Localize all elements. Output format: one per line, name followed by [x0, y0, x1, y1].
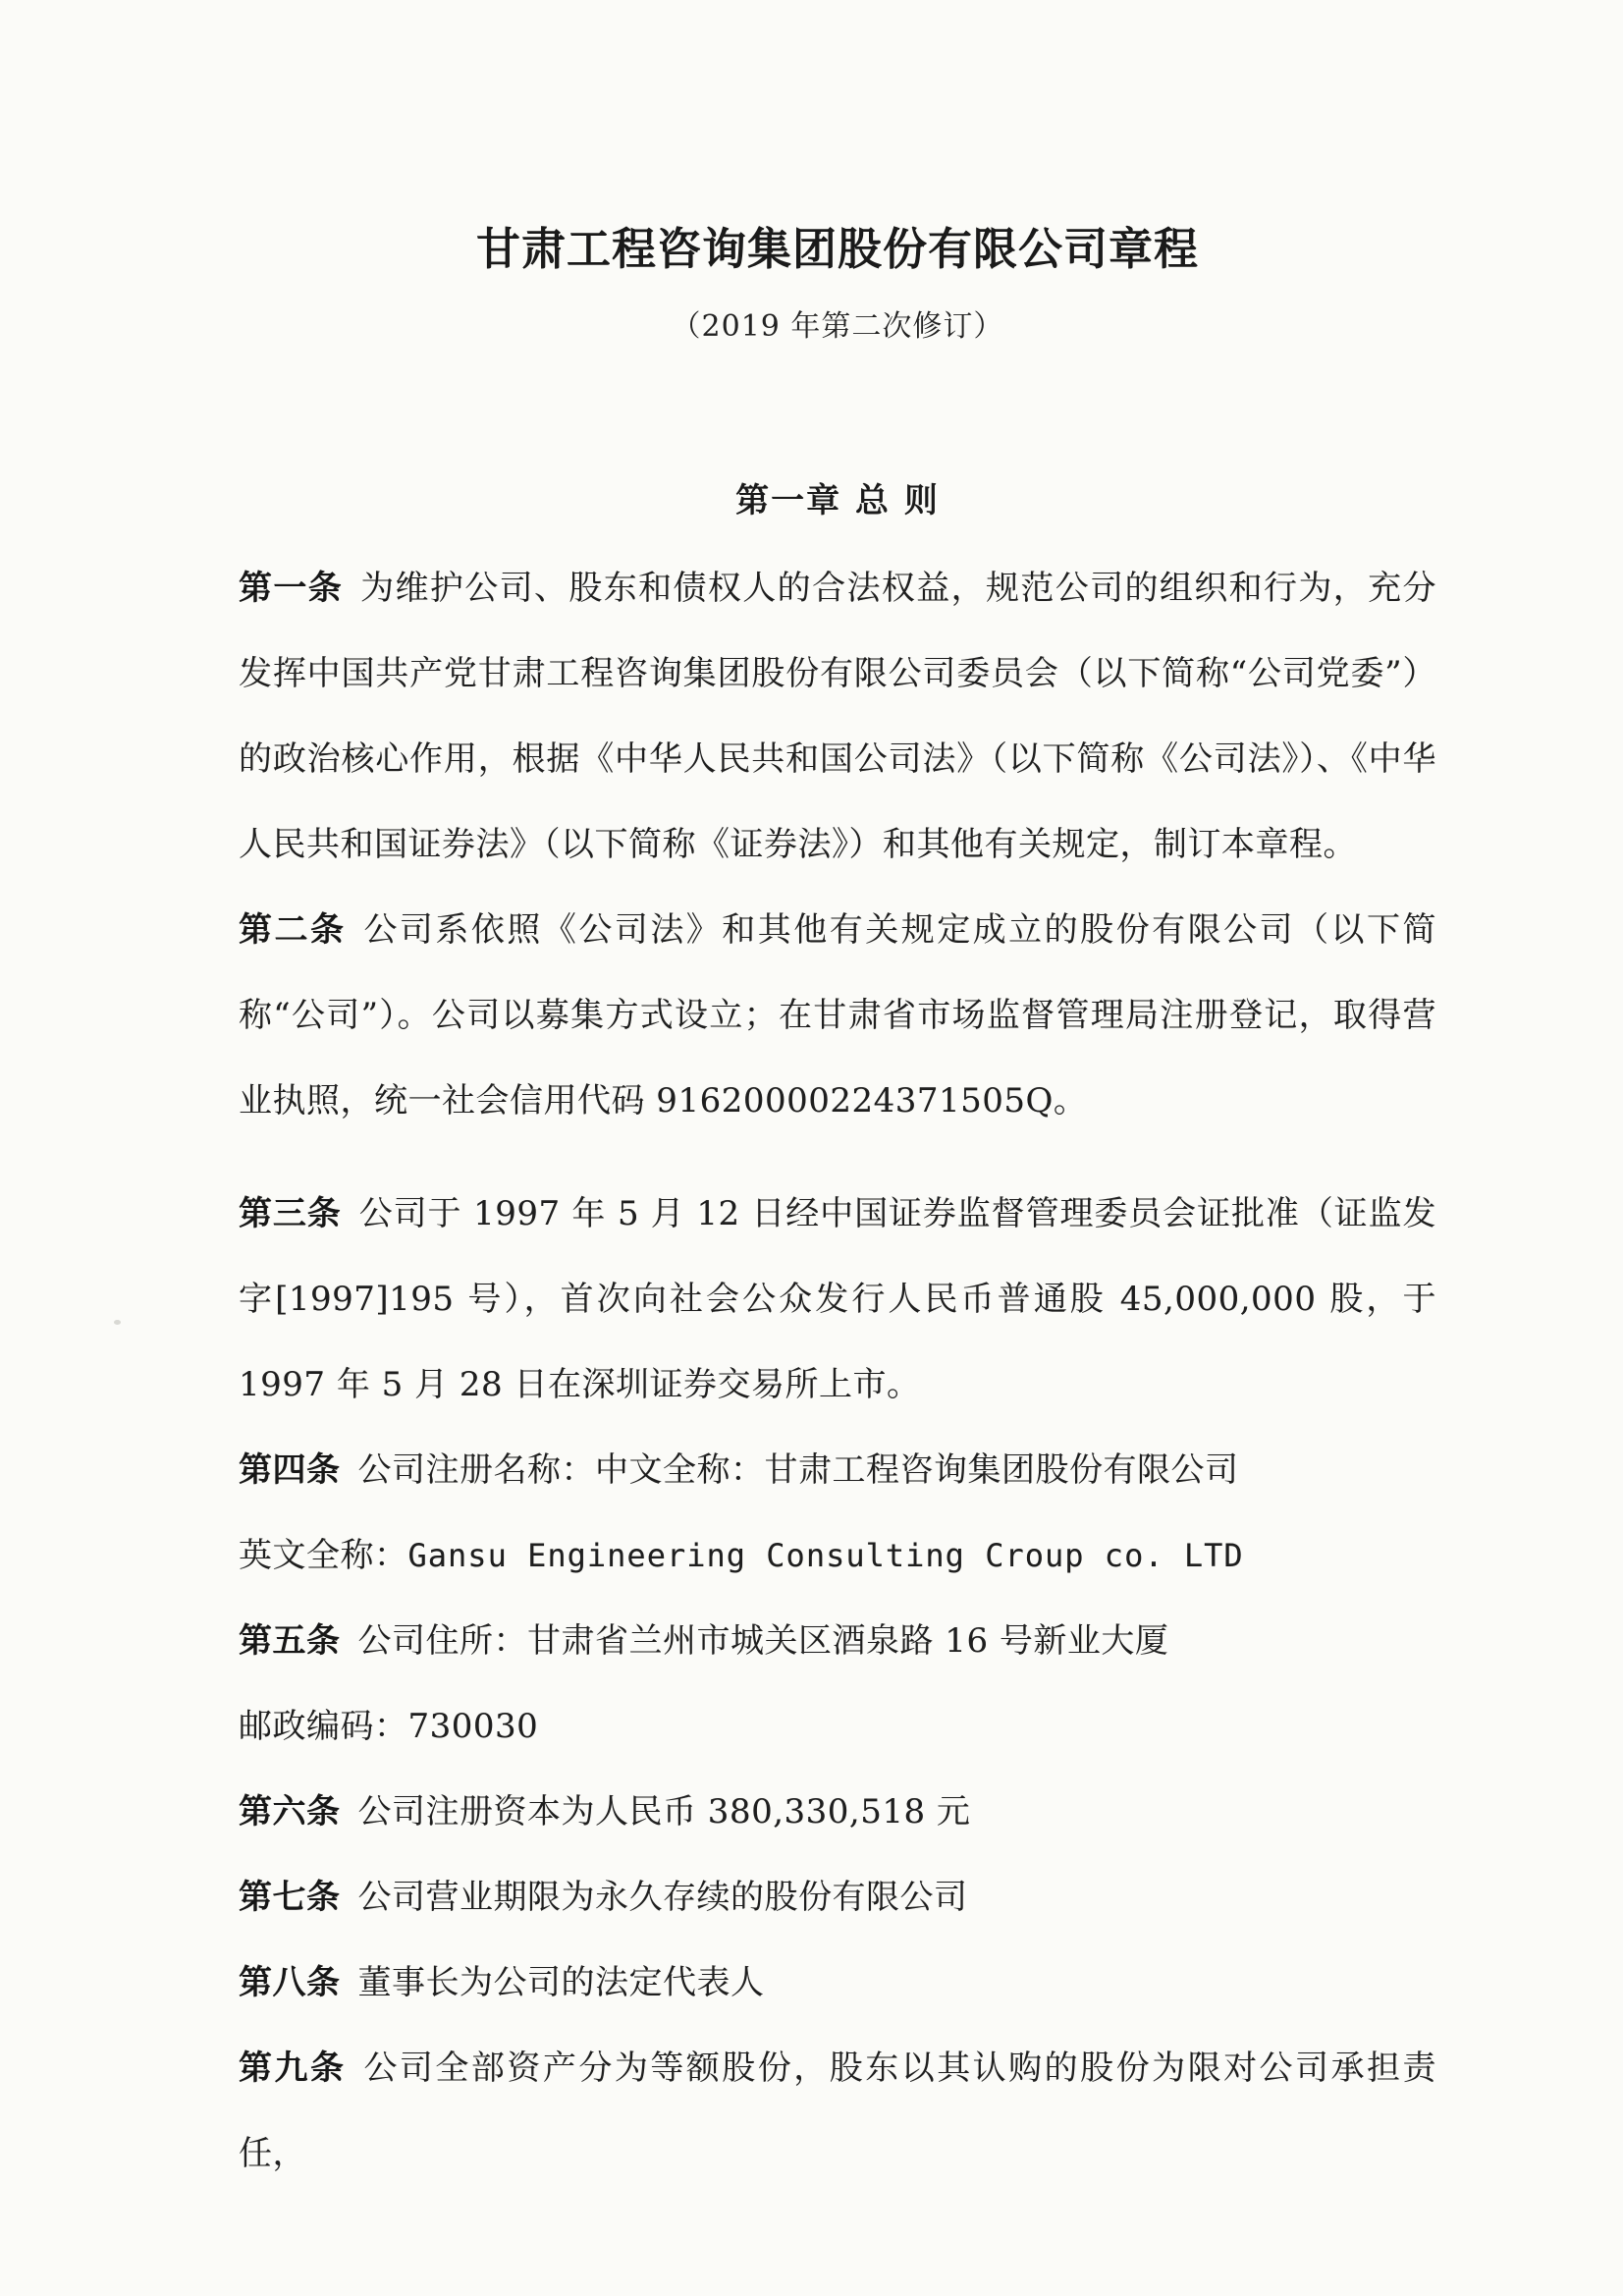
article-2-text: 公司系依照《公司法》和其他有关规定成立的股份有限公司（以下简称“公司”）。公司以… [239, 910, 1436, 1121]
article-2: 第二条公司系依照《公司法》和其他有关规定成立的股份有限公司（以下简称“公司”）。… [239, 888, 1436, 1144]
article-1-label: 第一条 [239, 569, 343, 608]
article-3: 第三条公司于 1997 年 5 月 12 日经中国证券监督管理委员会证批准（证监… [239, 1172, 1436, 1428]
article-1: 第一条为维护公司、股东和债权人的合法权益，规范公司的组织和行为，充分发挥中国共产… [239, 546, 1436, 888]
english-name-prefix: 英文全称： [239, 1536, 408, 1575]
postal-code-line: 邮政编码：730030 [239, 1684, 1436, 1770]
english-name-line: 英文全称：Gansu Engineering Consulting Croup … [239, 1513, 1436, 1599]
article-9-text: 公司全部资产分为等额股份，股东以其认购的股份为限对公司承担责任， [239, 2049, 1436, 2173]
article-2-label: 第二条 [239, 910, 346, 950]
article-3-text: 公司于 1997 年 5 月 12 日经中国证券监督管理委员会证批准（证监发字[… [239, 1194, 1436, 1404]
article-4-label: 第四条 [239, 1450, 341, 1490]
document-content: 甘肃工程咨询集团股份有限公司章程 （2019 年第二次修订） 第一章 总 则 第… [0, 0, 1623, 2197]
article-9: 第九条公司全部资产分为等额股份，股东以其认购的股份为限对公司承担责任， [239, 2026, 1436, 2197]
article-6-text: 公司注册资本为人民币 380,330,518 元 [358, 1792, 971, 1831]
scanned-document-page: 甘肃工程咨询集团股份有限公司章程 （2019 年第二次修订） 第一章 总 则 第… [0, 0, 1623, 2296]
article-8-label: 第八条 [239, 1963, 341, 2002]
article-6: 第六条公司注册资本为人民币 380,330,518 元 [239, 1770, 1436, 1855]
article-8-text: 董事长为公司的法定代表人 [358, 1963, 765, 2002]
document-subtitle: （2019 年第二次修订） [239, 310, 1436, 343]
article-8: 第八条董事长为公司的法定代表人 [239, 1941, 1436, 2026]
article-1-text: 为维护公司、股东和债权人的合法权益，规范公司的组织和行为，充分发挥中国共产党甘肃… [239, 569, 1436, 864]
document-title: 甘肃工程咨询集团股份有限公司章程 [239, 224, 1436, 275]
article-7: 第七条公司营业期限为永久存续的股份有限公司 [239, 1855, 1436, 1941]
document-body: 第一条为维护公司、股东和债权人的合法权益，规范公司的组织和行为，充分发挥中国共产… [239, 546, 1436, 2197]
scan-artifact-speck [114, 1320, 121, 1325]
article-4-text: 公司注册名称：中文全称：甘肃工程咨询集团股份有限公司 [358, 1450, 1239, 1490]
article-6-label: 第六条 [239, 1792, 341, 1831]
chapter-heading: 第一章 总 则 [239, 482, 1436, 520]
article-4: 第四条公司注册名称：中文全称：甘肃工程咨询集团股份有限公司 [239, 1428, 1436, 1513]
article-5-text: 公司住所：甘肃省兰州市城关区酒泉路 16 号新业大厦 [358, 1621, 1169, 1661]
english-name-text: Gansu Engineering Consulting Croup co. L… [408, 1537, 1244, 1574]
article-5: 第五条公司住所：甘肃省兰州市城关区酒泉路 16 号新业大厦 [239, 1599, 1436, 1684]
postal-code-text: 邮政编码：730030 [239, 1707, 538, 1746]
article-3-label: 第三条 [239, 1194, 342, 1233]
article-9-label: 第九条 [239, 2049, 346, 2088]
article-7-text: 公司营业期限为永久存续的股份有限公司 [358, 1878, 968, 1917]
article-5-label: 第五条 [239, 1621, 341, 1661]
article-7-label: 第七条 [239, 1878, 341, 1917]
